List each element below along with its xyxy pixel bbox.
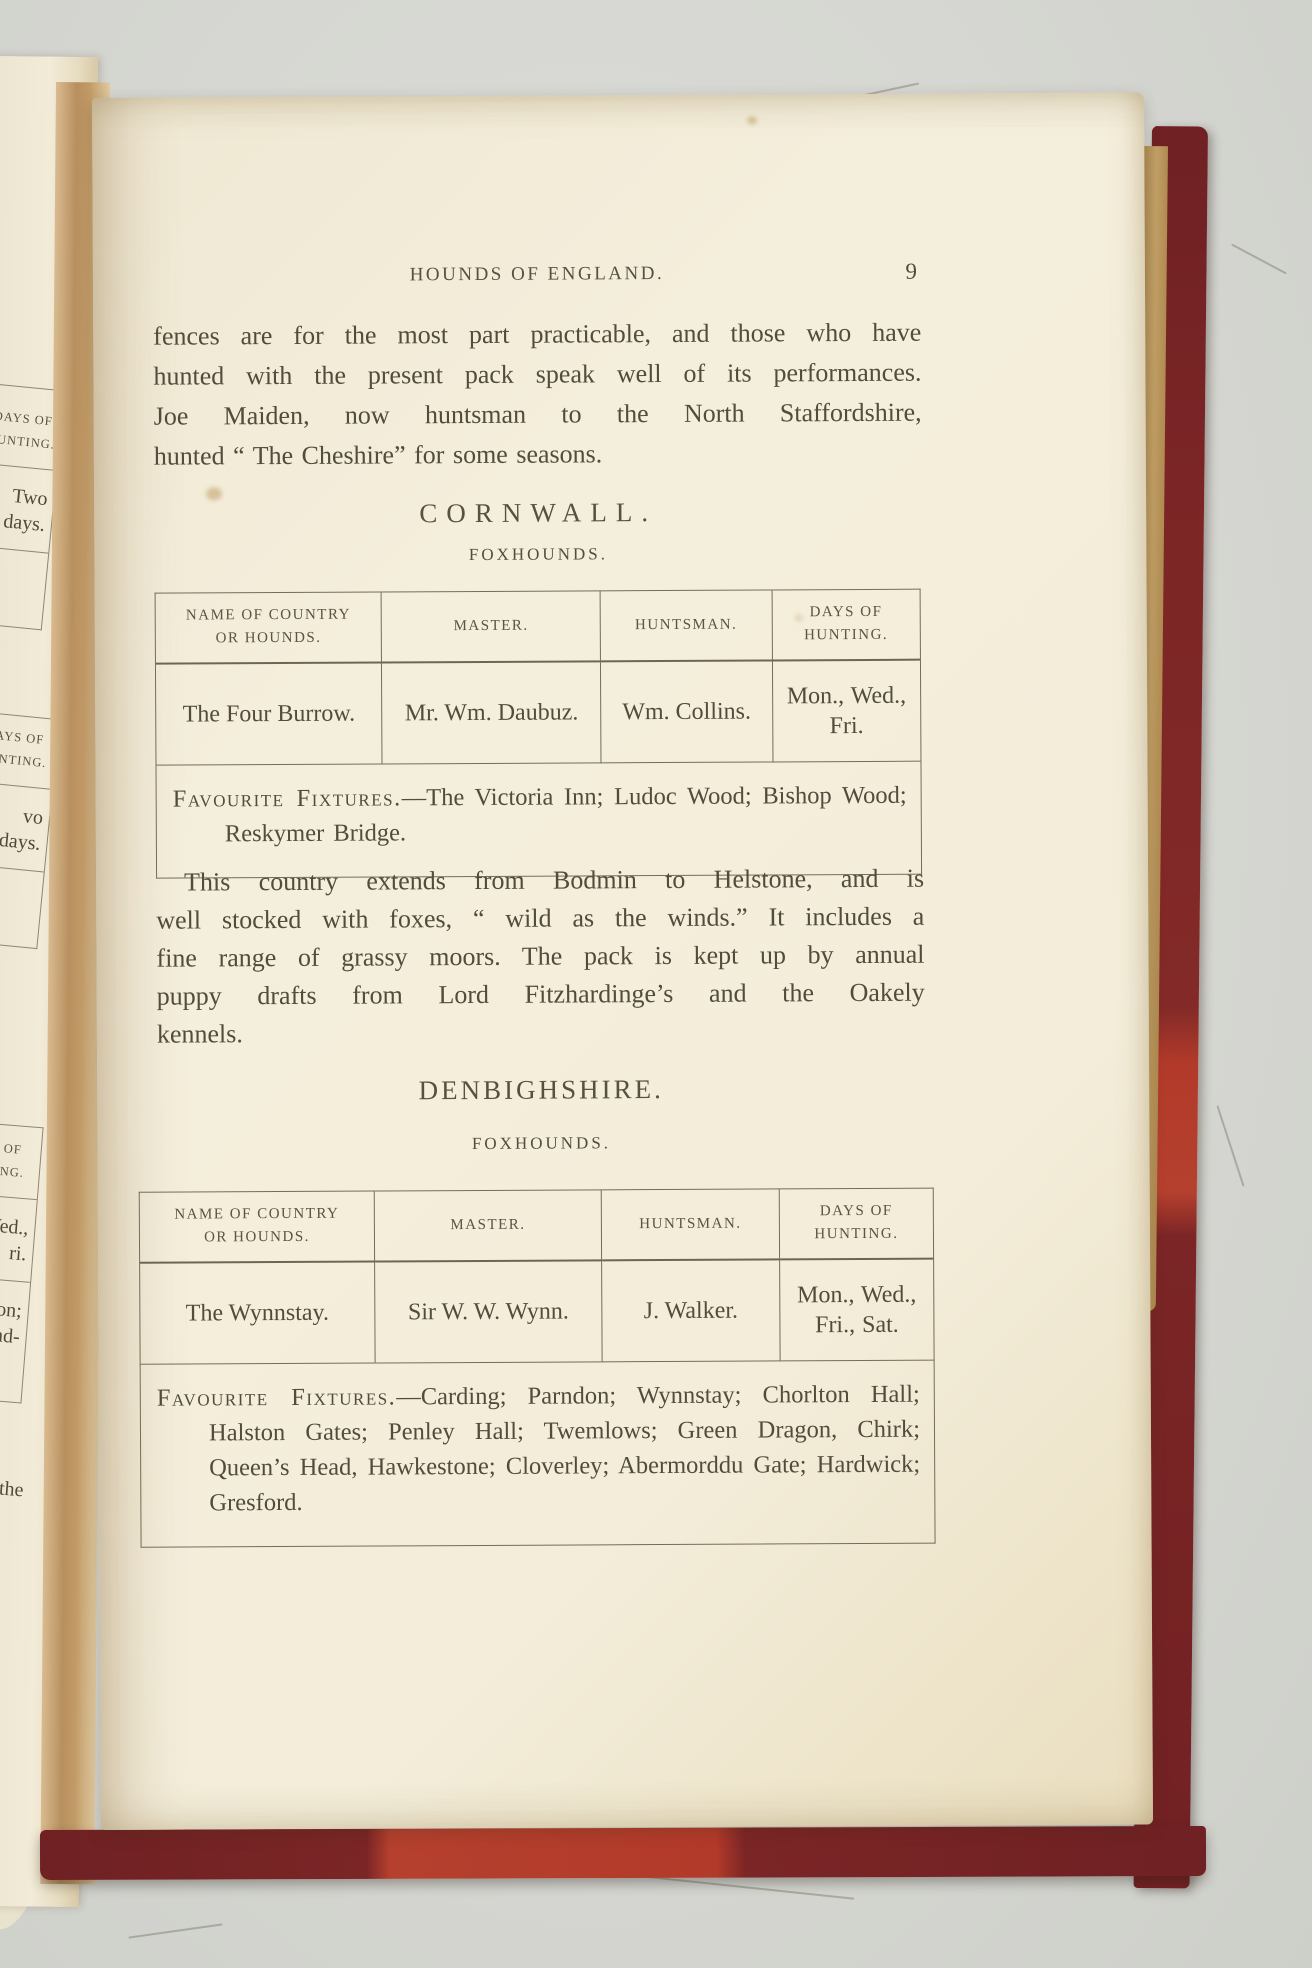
left-fragment-text: Wed., ri. (0, 1195, 37, 1283)
section-heading-cornwall: CORNWALL. (154, 496, 922, 531)
page-number: 9 (905, 259, 917, 285)
column-header-huntsman: HUNTSMAN. (600, 590, 772, 661)
page-content: HOUNDS OF ENGLAND. 9 fences are for the … (152, 94, 920, 98)
fixtures-label: Favourite Fixtures. (157, 1383, 397, 1411)
cell-country: The Four Burrow. (155, 662, 382, 765)
left-fragment-text: vo days. (0, 783, 52, 873)
page-header-row: HOUNDS OF ENGLAND. 9 (153, 262, 921, 288)
cornwall-paragraph: This country extends from Bodmin to Hels… (156, 860, 925, 1054)
paragraph-line: hunted “ The Cheshire” for some seasons. (154, 433, 922, 477)
column-header-master: MASTER. (374, 1190, 601, 1261)
photo-scene: DAYS OF HUNTING. Two days. n. AYS OF UNT… (0, 0, 1312, 1968)
table-header-row: NAME OF COUNTRY OR HOUNDS. MASTER. HUNTS… (139, 1188, 933, 1262)
column-header-days: DAYS OF HUNTING. (779, 1188, 933, 1259)
left-fragment-empty-cell (0, 865, 44, 948)
running-header: HOUNDS OF ENGLAND. (410, 263, 665, 285)
section-subheading-foxhounds: FOXHOUNDS. (157, 1132, 925, 1156)
cell-master: Mr. Wm. Daubuz. (382, 661, 601, 764)
section-heading-denbighshire: DENBIGHSHIRE. (157, 1073, 925, 1108)
column-header-country: NAME OF COUNTRY OR HOUNDS. (139, 1191, 374, 1262)
cell-days: Mon., Wed., Fri. (772, 659, 921, 761)
table-row: The Wynnstay. Sir W. W. Wynn. J. Walker.… (140, 1258, 935, 1364)
paragraph-line: kennels. (157, 1012, 925, 1054)
left-fragment-text: S OF TING. (0, 1123, 43, 1200)
surface-scratch (1231, 244, 1287, 275)
column-header-days: DAYS OF HUNTING. (772, 589, 921, 660)
surface-scratch (1216, 1105, 1244, 1186)
paragraph-line: hunted with the present pack speak well … (153, 353, 921, 397)
cell-days: Mon., Wed., Fri., Sat. (780, 1258, 935, 1360)
left-fragment-text: gton; Wind- (0, 1277, 30, 1402)
fixtures-row: Favourite Fixtures.—Carding; Parndon; Wy… (140, 1360, 935, 1547)
surface-scratch (128, 1923, 222, 1938)
hounds-table-denbighshire: NAME OF COUNTRY OR HOUNDS. MASTER. HUNTS… (139, 1188, 936, 1548)
paragraph-line: fences are for the most part practicable… (153, 313, 921, 357)
cell-master: Sir W. W. Wynn. (375, 1260, 603, 1363)
table-row: The Four Burrow. Mr. Wm. Daubuz. Wm. Col… (155, 659, 921, 765)
fixtures-label: Favourite Fixtures. (173, 784, 402, 812)
paragraph-line: fine range of grassy moors. The pack is … (156, 936, 924, 978)
left-page-table-fragment: S OF TING. Wed., ri. gton; Wind- (0, 1122, 44, 1404)
table-header-row: NAME OF COUNTRY OR HOUNDS. MASTER. HUNTS… (155, 589, 920, 663)
cell-country: The Wynnstay. (140, 1261, 376, 1364)
section-subheading-foxhounds: FOXHOUNDS. (154, 543, 922, 567)
paragraph-line: This country extends from Bodmin to Hels… (156, 860, 924, 902)
paragraph-line: puppy drafts from Lord Fitzhardinge’s an… (157, 974, 925, 1016)
left-fragment-text: Two days. (0, 464, 56, 554)
paragraph-line: Joe Maiden, now huntsman to the North St… (154, 393, 922, 437)
column-header-country: NAME OF COUNTRY OR HOUNDS. (155, 592, 382, 663)
paragraph-line: well stocked with foxes, “ wild as the w… (156, 898, 924, 940)
cell-huntsman: Wm. Collins. (601, 660, 773, 762)
book-cover-bottom-edge (40, 1826, 1206, 1880)
left-fragment-text: n. (0, 546, 48, 629)
hounds-table-cornwall: NAME OF COUNTRY OR HOUNDS. MASTER. HUNTS… (155, 589, 922, 879)
left-fragment-text: d, the (0, 1476, 42, 1504)
cell-huntsman: J. Walker. (602, 1259, 780, 1361)
foxing-spot (747, 117, 757, 125)
fixtures-cell: Favourite Fixtures.—Carding; Parndon; Wy… (140, 1360, 935, 1547)
book-page: HOUNDS OF ENGLAND. 9 fences are for the … (92, 92, 1153, 1829)
column-header-master: MASTER. (382, 591, 601, 662)
intro-paragraph: fences are for the most part practicable… (153, 313, 922, 477)
column-header-huntsman: HUNTSMAN. (601, 1189, 779, 1260)
